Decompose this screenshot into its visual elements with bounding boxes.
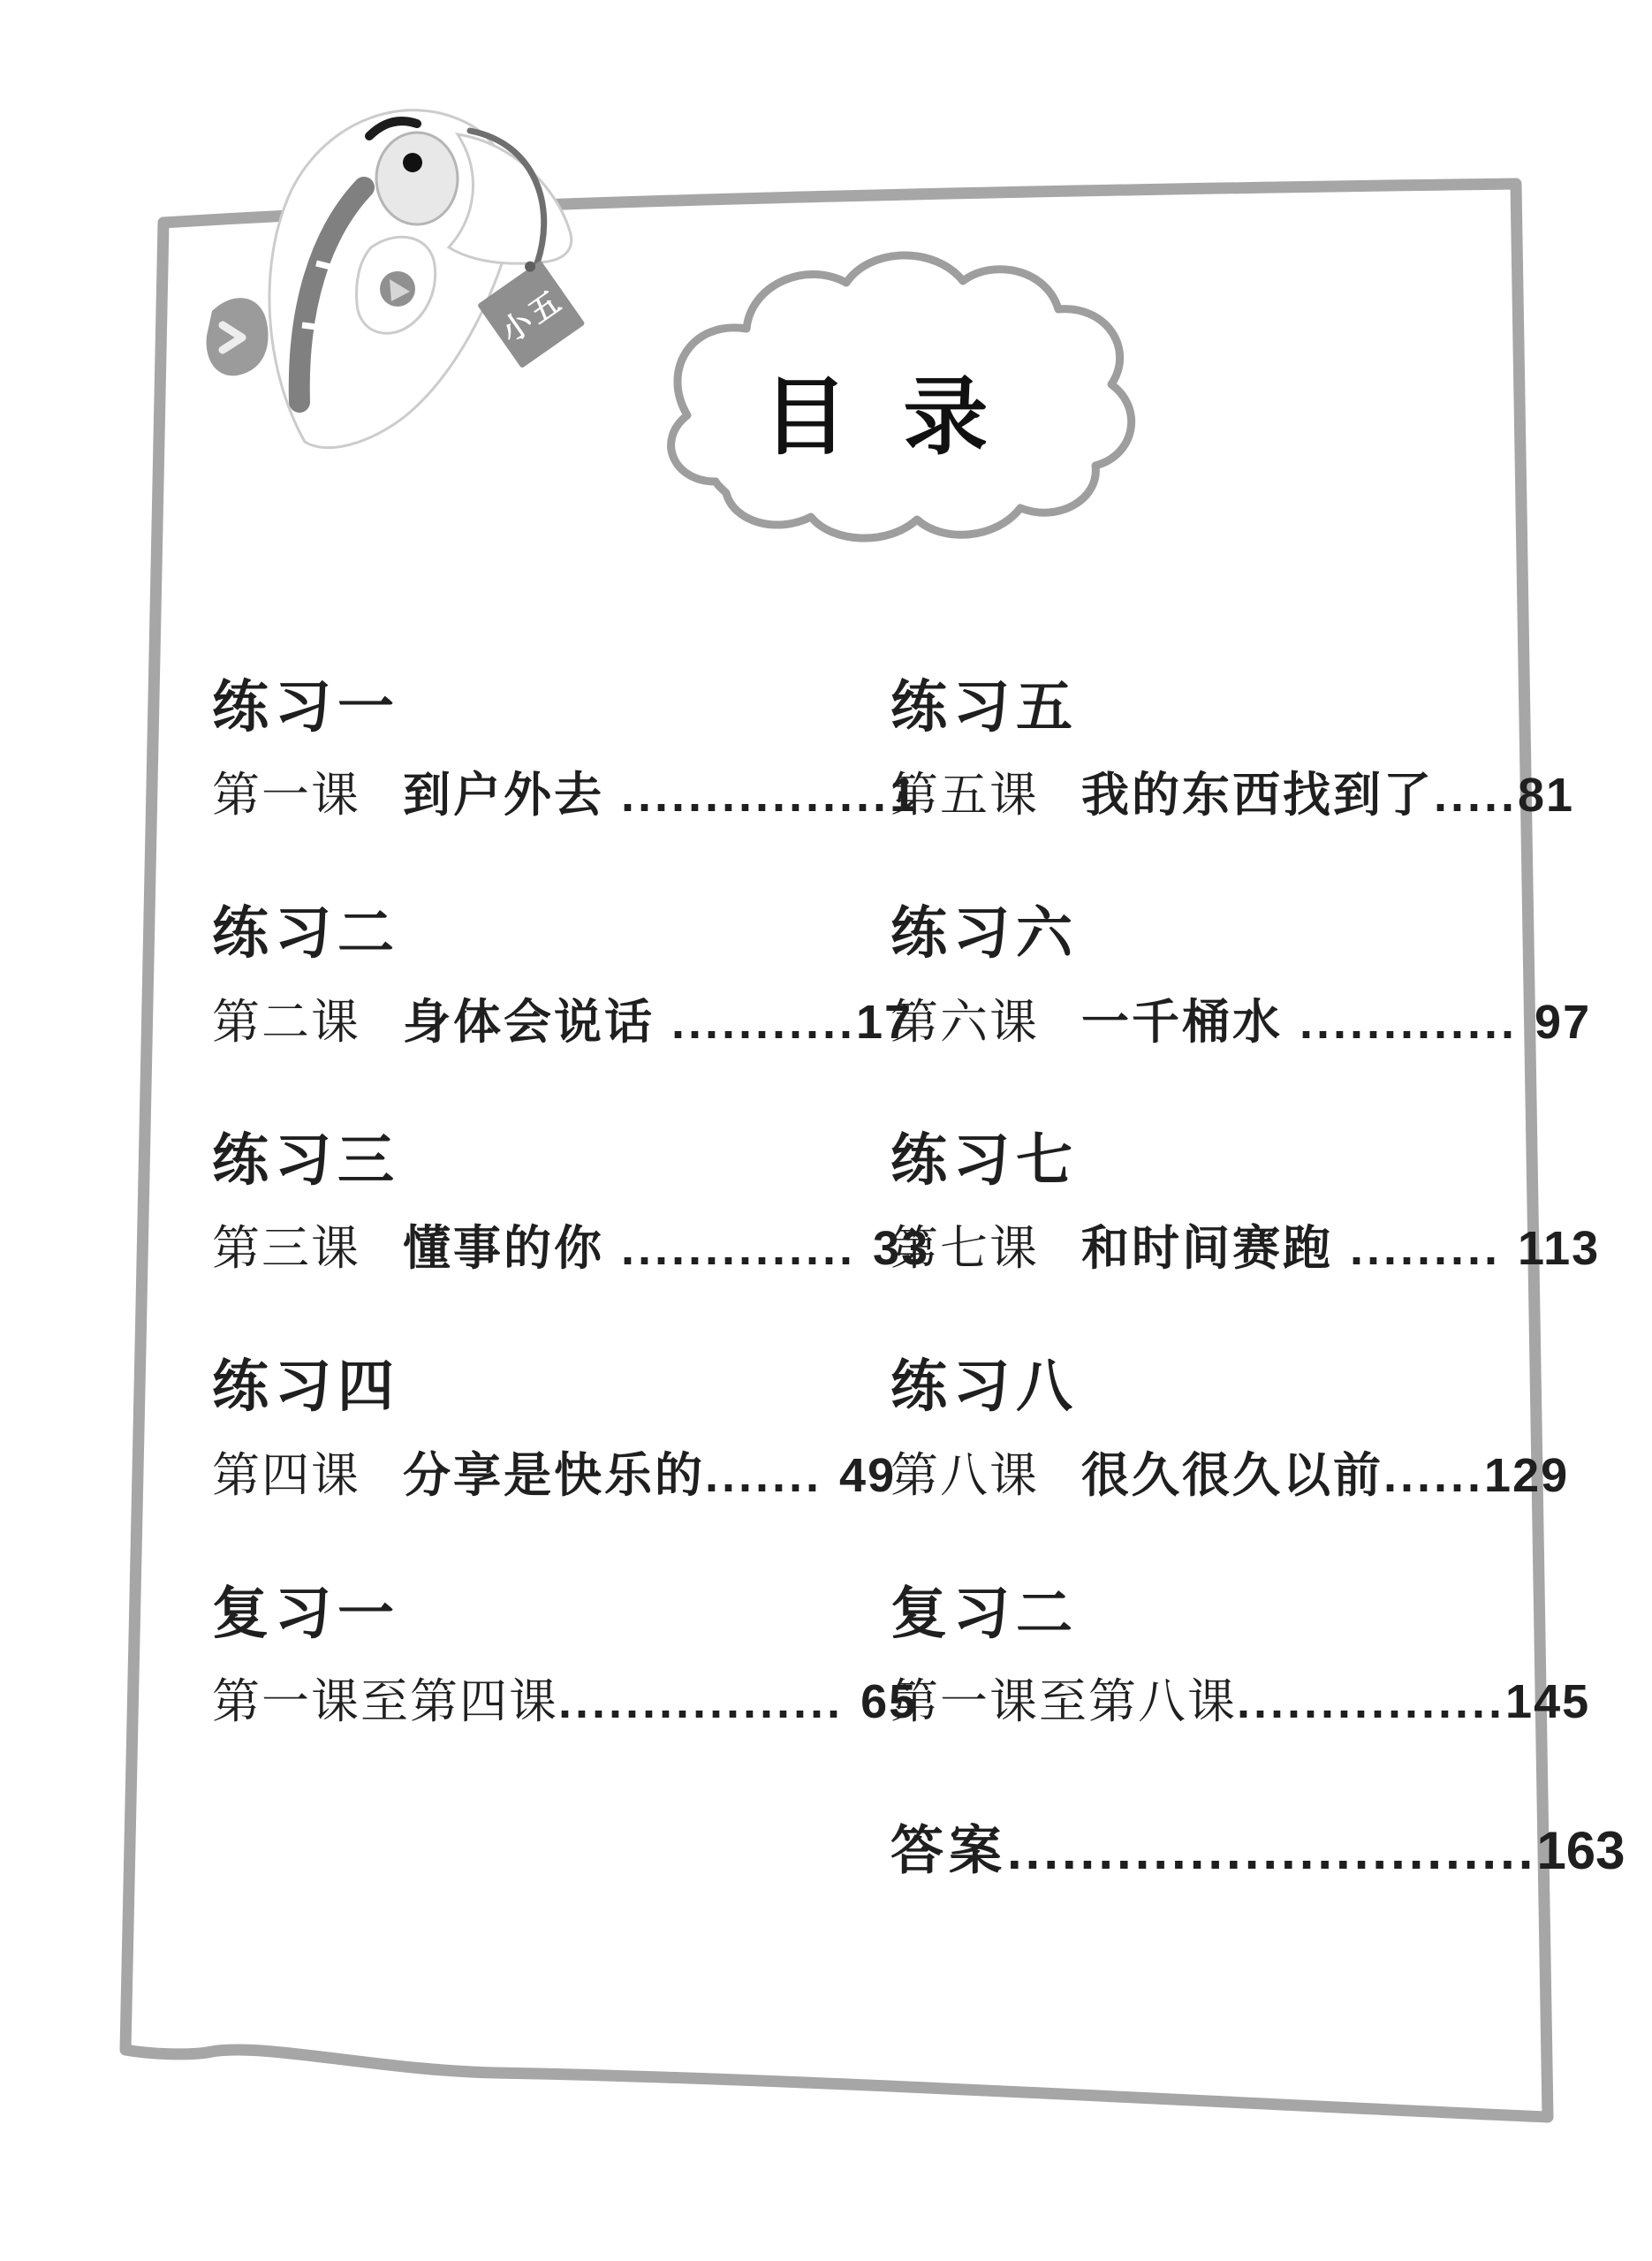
toc-dot-leader: ......... bbox=[1333, 1222, 1518, 1275]
toc-page-number: 97 bbox=[1535, 996, 1591, 1049]
toc-row: 第八课很久很久以前......129 bbox=[890, 1448, 1562, 1503]
toc-column-left: 练习一 第一课到户外去 ................1 练习二 第二课身体会… bbox=[212, 676, 857, 1809]
toc-page-number: 113 bbox=[1518, 1222, 1600, 1275]
toc-lesson: 第二课 bbox=[212, 996, 360, 1049]
toc-group-review-1: 复习一 第一课至第四课................. 65 bbox=[212, 1582, 857, 1729]
toc-lesson: 第六课 bbox=[890, 996, 1039, 1049]
toc-lesson: 第四课 bbox=[212, 1449, 360, 1502]
toc-lesson: 第五课 bbox=[890, 769, 1039, 822]
toc-lesson: 第七课 bbox=[890, 1222, 1039, 1275]
toc-heading: 练习一 bbox=[212, 676, 857, 738]
toc-lesson: 第三课 bbox=[212, 1222, 360, 1275]
toc-row: 第一课至第四课................. 65 bbox=[212, 1674, 857, 1729]
toc-page: 小五 目 录 练习一 第一课到户外去 ................1 练习二… bbox=[0, 0, 1652, 2261]
toc-group-review-2: 复习二 第一课至第八课................145 bbox=[890, 1582, 1562, 1729]
toc-dot-leader: ..... bbox=[1434, 769, 1518, 822]
toc-group-exercise-4: 练习四 第四课分享是快乐的....... 49 bbox=[212, 1355, 857, 1502]
toc-row: 第六课一千桶水 ............. 97 bbox=[890, 995, 1562, 1050]
toc-dot-leader: ...... bbox=[1383, 1449, 1484, 1502]
toc-title: 到户外去 bbox=[403, 769, 604, 822]
toc-heading: 练习五 bbox=[890, 676, 1562, 738]
toc-title: 身体会说话 bbox=[403, 996, 655, 1049]
mascot-illustration: 小五 bbox=[207, 110, 586, 448]
toc-heading: 练习八 bbox=[890, 1355, 1562, 1417]
toc-heading: 练习六 bbox=[890, 902, 1562, 964]
toc-dot-leader: ................. bbox=[558, 1675, 860, 1728]
toc-group-exercise-2: 练习二 第二课身体会说话 ...........17 bbox=[212, 902, 857, 1049]
mascot-eye bbox=[376, 133, 458, 224]
toc-dot-leader: ............................. bbox=[1007, 1821, 1536, 1880]
toc-group-exercise-8: 练习八 第八课很久很久以前......129 bbox=[890, 1355, 1562, 1502]
toc-title: 懂事的你 bbox=[403, 1222, 604, 1275]
toc-page-number: 81 bbox=[1518, 769, 1574, 822]
toc-heading: 练习四 bbox=[212, 1355, 857, 1417]
mascot-pupil bbox=[403, 153, 422, 172]
toc-group-exercise-5: 练习五 第五课我的东西找到了.....81 bbox=[890, 676, 1562, 823]
toc-row: 第二课身体会说话 ...........17 bbox=[212, 995, 857, 1050]
toc-lesson: 第八课 bbox=[890, 1449, 1039, 1502]
toc-title: 一千桶水 bbox=[1081, 996, 1283, 1049]
toc-answers-label: 答案 bbox=[890, 1821, 1007, 1880]
toc-title: 和时间赛跑 bbox=[1081, 1222, 1333, 1275]
toc-row: 第一课到户外去 ................1 bbox=[212, 768, 857, 823]
toc-page-number: 145 bbox=[1505, 1675, 1590, 1728]
toc-page-number: 163 bbox=[1536, 1821, 1625, 1880]
toc-dot-leader: ................ bbox=[1237, 1675, 1505, 1728]
toc-page-number: 49 bbox=[839, 1449, 896, 1502]
toc-heading: 练习三 bbox=[212, 1129, 857, 1191]
toc-heading: 练习二 bbox=[212, 902, 857, 964]
toc-title: 我的东西找到了 bbox=[1081, 769, 1434, 822]
toc-row: 第五课我的东西找到了.....81 bbox=[890, 768, 1562, 823]
toc-dot-leader: ............. bbox=[1283, 996, 1535, 1049]
toc-group-exercise-6: 练习六 第六课一千桶水 ............. 97 bbox=[890, 902, 1562, 1049]
toc-dot-leader: ................ bbox=[604, 769, 890, 822]
toc-title: 很久很久以前 bbox=[1081, 1449, 1383, 1502]
toc-row: 第三课懂事的你 .............. 33 bbox=[212, 1221, 857, 1276]
toc-lesson: 第一课 bbox=[212, 769, 360, 822]
toc-group-exercise-3: 练习三 第三课懂事的你 .............. 33 bbox=[212, 1129, 857, 1276]
toc-dot-leader: .............. bbox=[604, 1222, 873, 1275]
toc-row: 第七课和时间赛跑 ......... 113 bbox=[890, 1221, 1562, 1276]
toc-row: 第一课至第八课................145 bbox=[890, 1674, 1562, 1729]
toc-row: 第四课分享是快乐的....... 49 bbox=[212, 1448, 857, 1503]
toc-group-exercise-1: 练习一 第一课到户外去 ................1 bbox=[212, 676, 857, 823]
toc-dot-leader: ........... bbox=[655, 996, 856, 1049]
toc-lesson: 第一课至第八课 bbox=[890, 1675, 1237, 1728]
toc-heading: 复习一 bbox=[212, 1582, 857, 1644]
page-title: 目 录 bbox=[742, 350, 1025, 471]
toc-page-number: 129 bbox=[1484, 1449, 1569, 1502]
toc-dot-leader: ....... bbox=[705, 1449, 839, 1502]
toc-group-exercise-7: 练习七 第七课和时间赛跑 ......... 113 bbox=[890, 1129, 1562, 1276]
toc-heading: 练习七 bbox=[890, 1129, 1562, 1191]
toc-column-right: 练习五 第五课我的东西找到了.....81 练习六 第六课一千桶水 ......… bbox=[890, 676, 1562, 1885]
toc-title: 分享是快乐的 bbox=[403, 1449, 705, 1502]
toc-heading: 复习二 bbox=[890, 1582, 1562, 1644]
toc-lesson: 第一课至第四课 bbox=[212, 1675, 558, 1728]
toc-answers-row: 答案.............................163 bbox=[890, 1809, 1562, 1885]
